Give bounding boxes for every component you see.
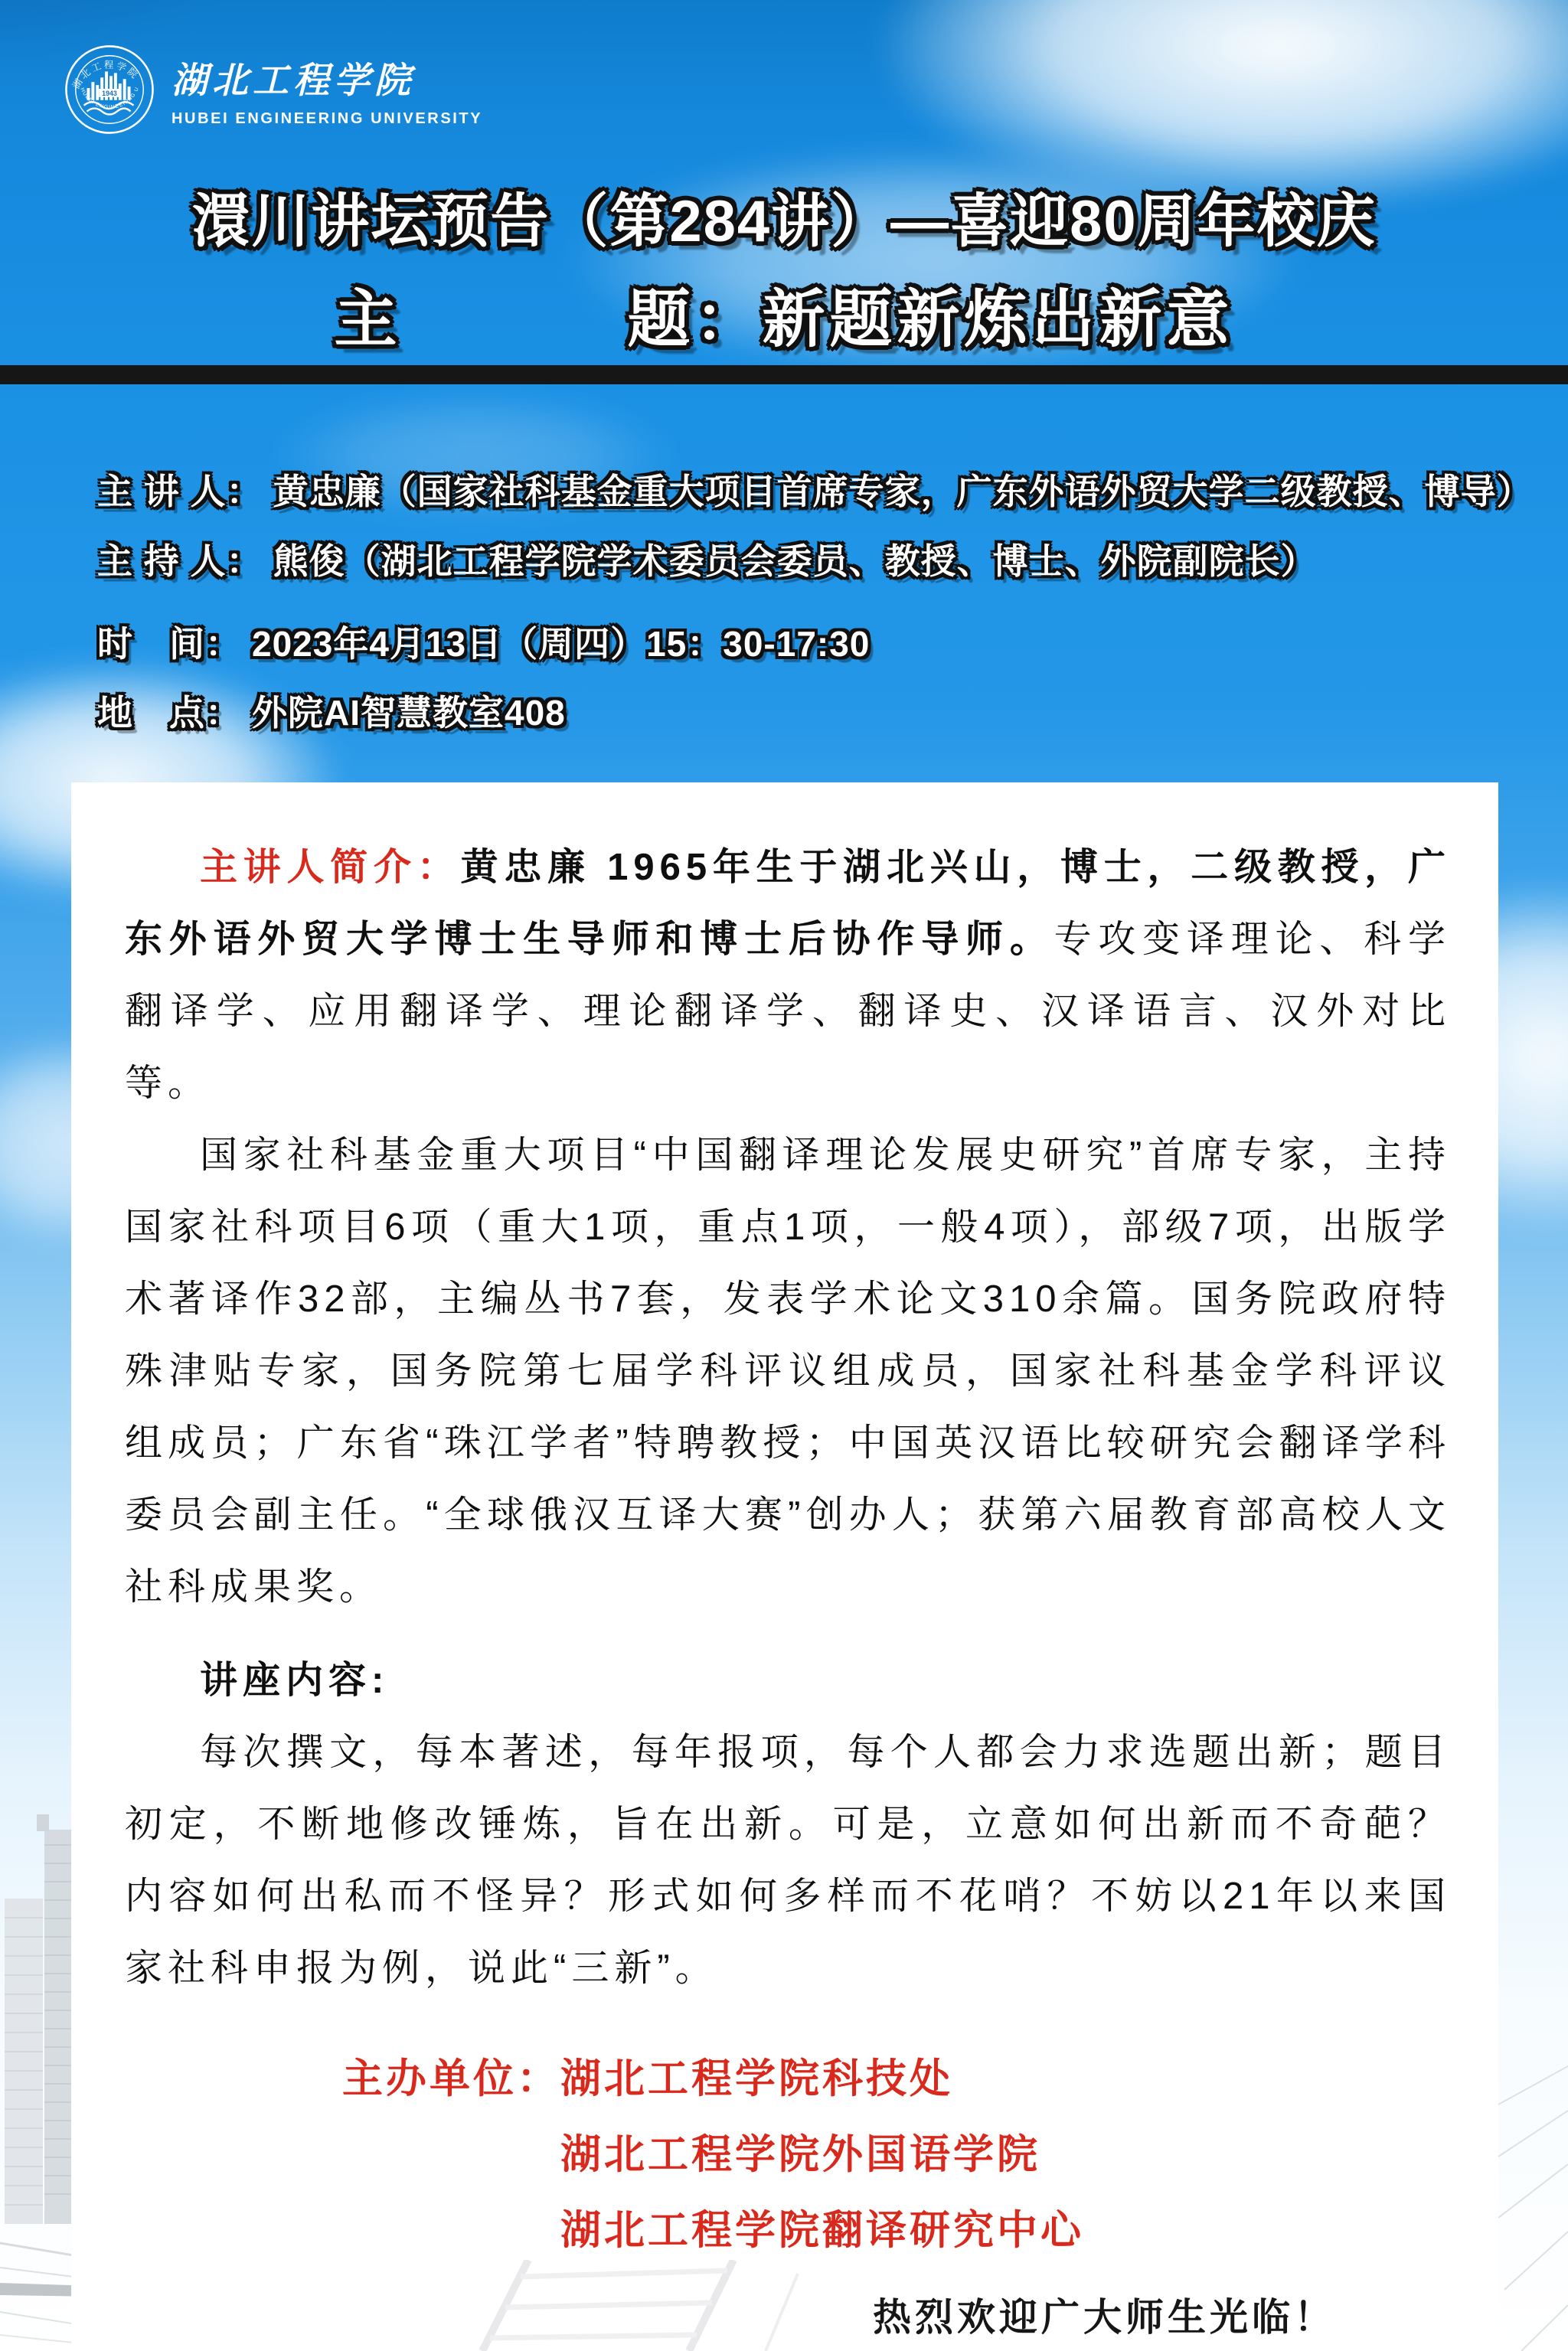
lecture-series-title: 澴川讲坛预告（第284讲）—喜迎80周年校庆 [0,175,1568,258]
seal-year: 1943 [102,90,117,97]
organizer-item: 湖北工程学院外国语学院 [560,2117,1084,2193]
topic-prefix: 主 [334,269,401,359]
time-label: 时 间： [97,616,241,667]
venue-value: 外院AI智慧教室408 [252,685,566,736]
university-logo: 湖北工程学院 HUBEI ENGINEERING UNIVERSITY 1943 [64,44,482,135]
poster: 湖北工程学院 HUBEI ENGINEERING UNIVERSITY 1943 [0,0,1568,2351]
host-row: 主 持 人： 熊俊（湖北工程学院学术委员会委员、教授、博士、外院副院长） [97,534,1317,584]
lecture-topic-title: 主 题：新题新炼出新意 [0,269,1568,359]
university-name-chinese: 湖北工程学院 [171,52,482,103]
host-value: 熊俊（湖北工程学院学术委员会委员、教授、博士、外院副院长） [273,534,1317,584]
speaker-bio-paragraph: 主讲人简介：黄忠廉 1965年生于湖北兴山，博士，二级教授，广东外语外贸大学博士… [125,831,1451,1119]
content-card: 主讲人简介：黄忠廉 1965年生于湖北兴山，博士，二级教授，广东外语外贸大学博士… [71,782,1498,2351]
university-name-english: HUBEI ENGINEERING UNIVERSITY [171,110,482,128]
venue-row: 地 点： 外院AI智慧教室408 [97,685,566,736]
achievements-paragraph: 国家社科基金重大项目“中国翻译理论发展史研究”首席专家，主持国家社科项目6项（重… [125,1119,1451,1623]
topic-text: 题：新题新炼出新意 [628,269,1234,359]
university-seal-icon: 湖北工程学院 HUBEI ENGINEERING UNIVERSITY 1943 [64,44,155,135]
organizers-block: 主办单位： 湖北工程学院科技处 湖北工程学院外国语学院 湖北工程学院翻译研究中心 [342,2041,1451,2268]
divider-bar [0,365,1568,384]
speaker-label: 主 讲 人： [97,464,263,514]
bio-label: 主讲人简介： [200,847,461,888]
speaker-row: 主 讲 人： 黄忠廉（国家社科基金重大项目首席专家，广东外语外贸大学二级教授、博… [97,464,1533,514]
lecture-content-paragraph: 每次撰文，每本著述，每年报项，每个人都会力求选题出新；题目初定，不断地修改锤炼，… [125,1716,1451,2004]
walkway-sketch-decoration [367,2260,857,2351]
organizer-item: 湖北工程学院翻译研究中心 [560,2193,1084,2268]
organizer-item: 湖北工程学院科技处 [560,2041,1084,2117]
speaker-value: 黄忠廉（国家社科基金重大项目首席专家，广东外语外贸大学二级教授、博导） [273,464,1533,514]
organizer-label: 主办单位： [342,2041,560,2117]
venue-label: 地 点： [97,685,241,736]
perspective-lines-decoration [1498,2060,1568,2351]
host-label: 主 持 人： [97,534,263,584]
lecture-content-label: 讲座内容: [125,1644,1451,1716]
time-row: 时 间： 2023年4月13日（周四）15：30-17:30 [97,616,870,667]
time-value: 2023年4月13日（周四）15：30-17:30 [252,616,870,667]
